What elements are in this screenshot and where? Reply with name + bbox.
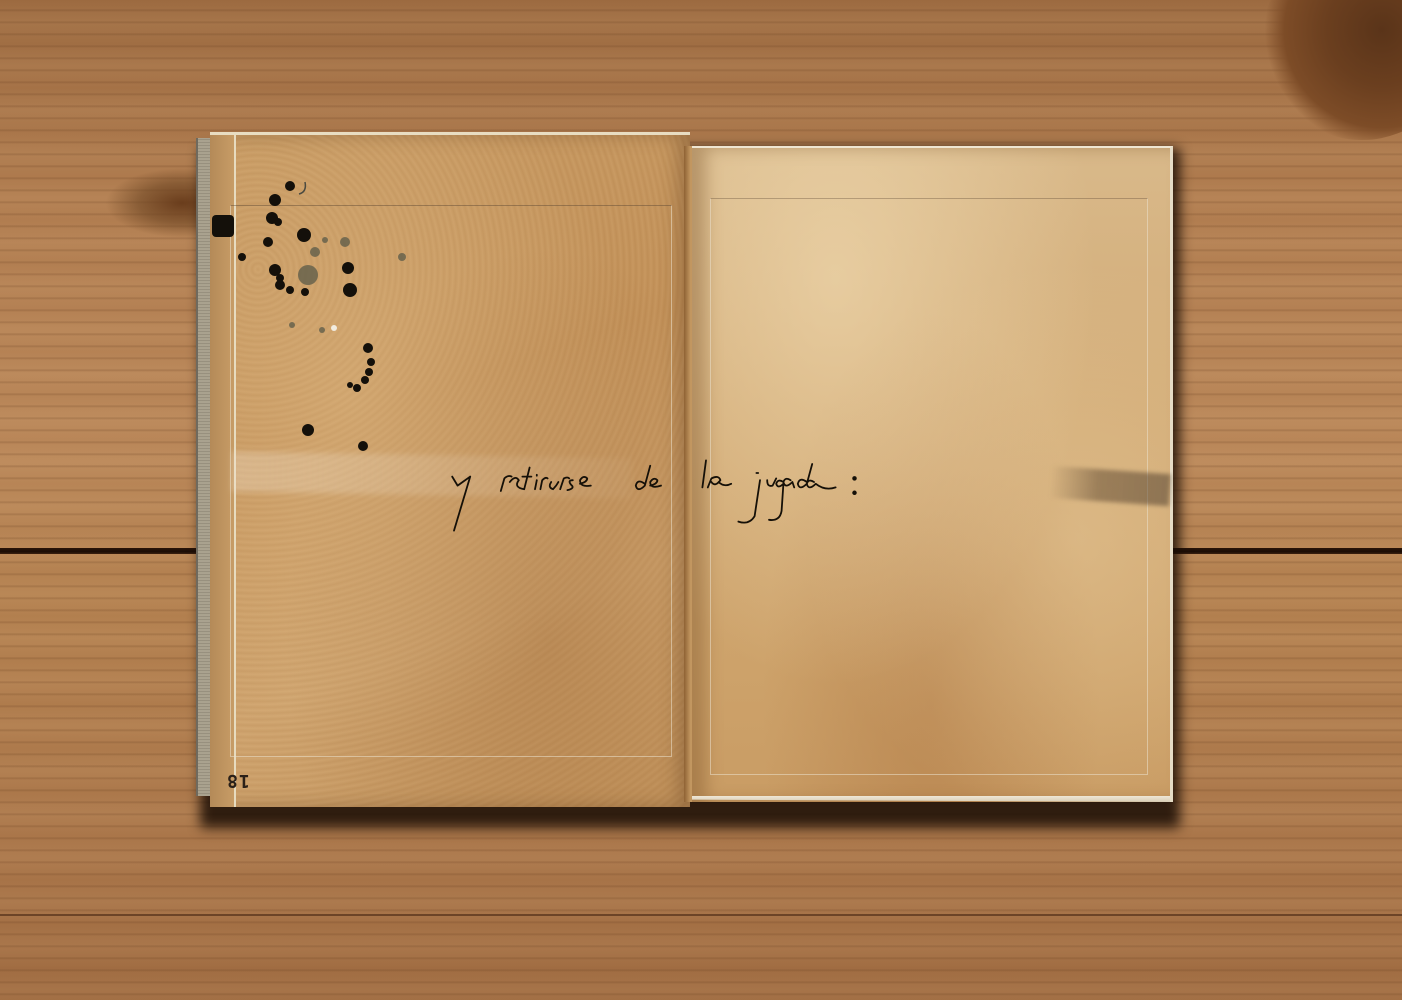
plank-seam: [0, 914, 1402, 916]
handwritten-text: y retirarse de la jugada:: [440, 470, 910, 505]
ink-splatter-icon: [200, 160, 420, 460]
wood-knot: [1262, 0, 1402, 140]
page-number: 18: [226, 770, 250, 791]
